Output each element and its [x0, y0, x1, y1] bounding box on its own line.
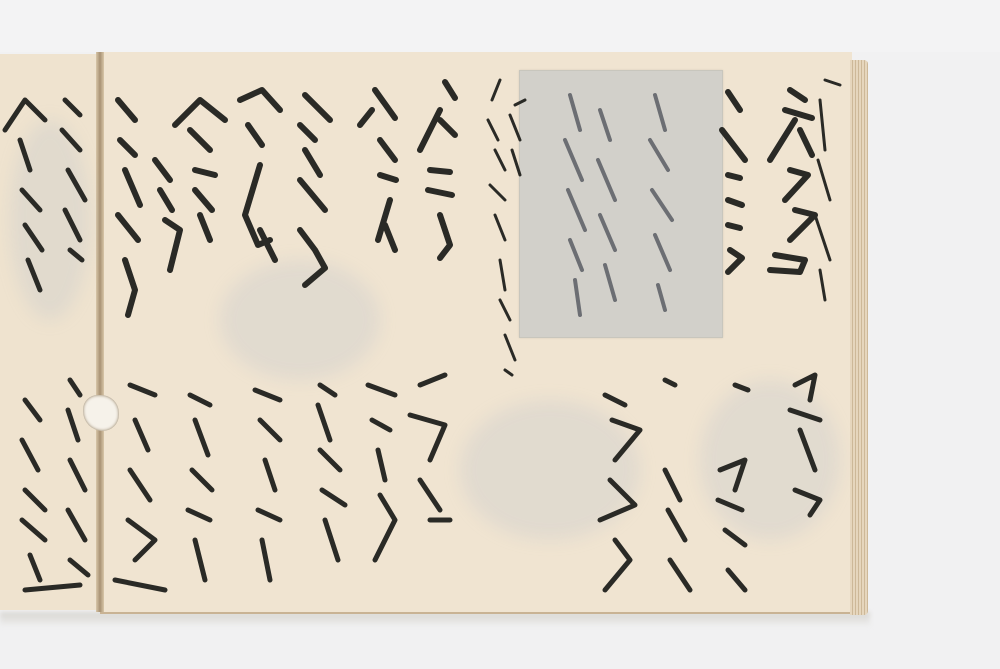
binding-tear: [83, 395, 119, 431]
calligraphy-text: [0, 0, 1000, 669]
